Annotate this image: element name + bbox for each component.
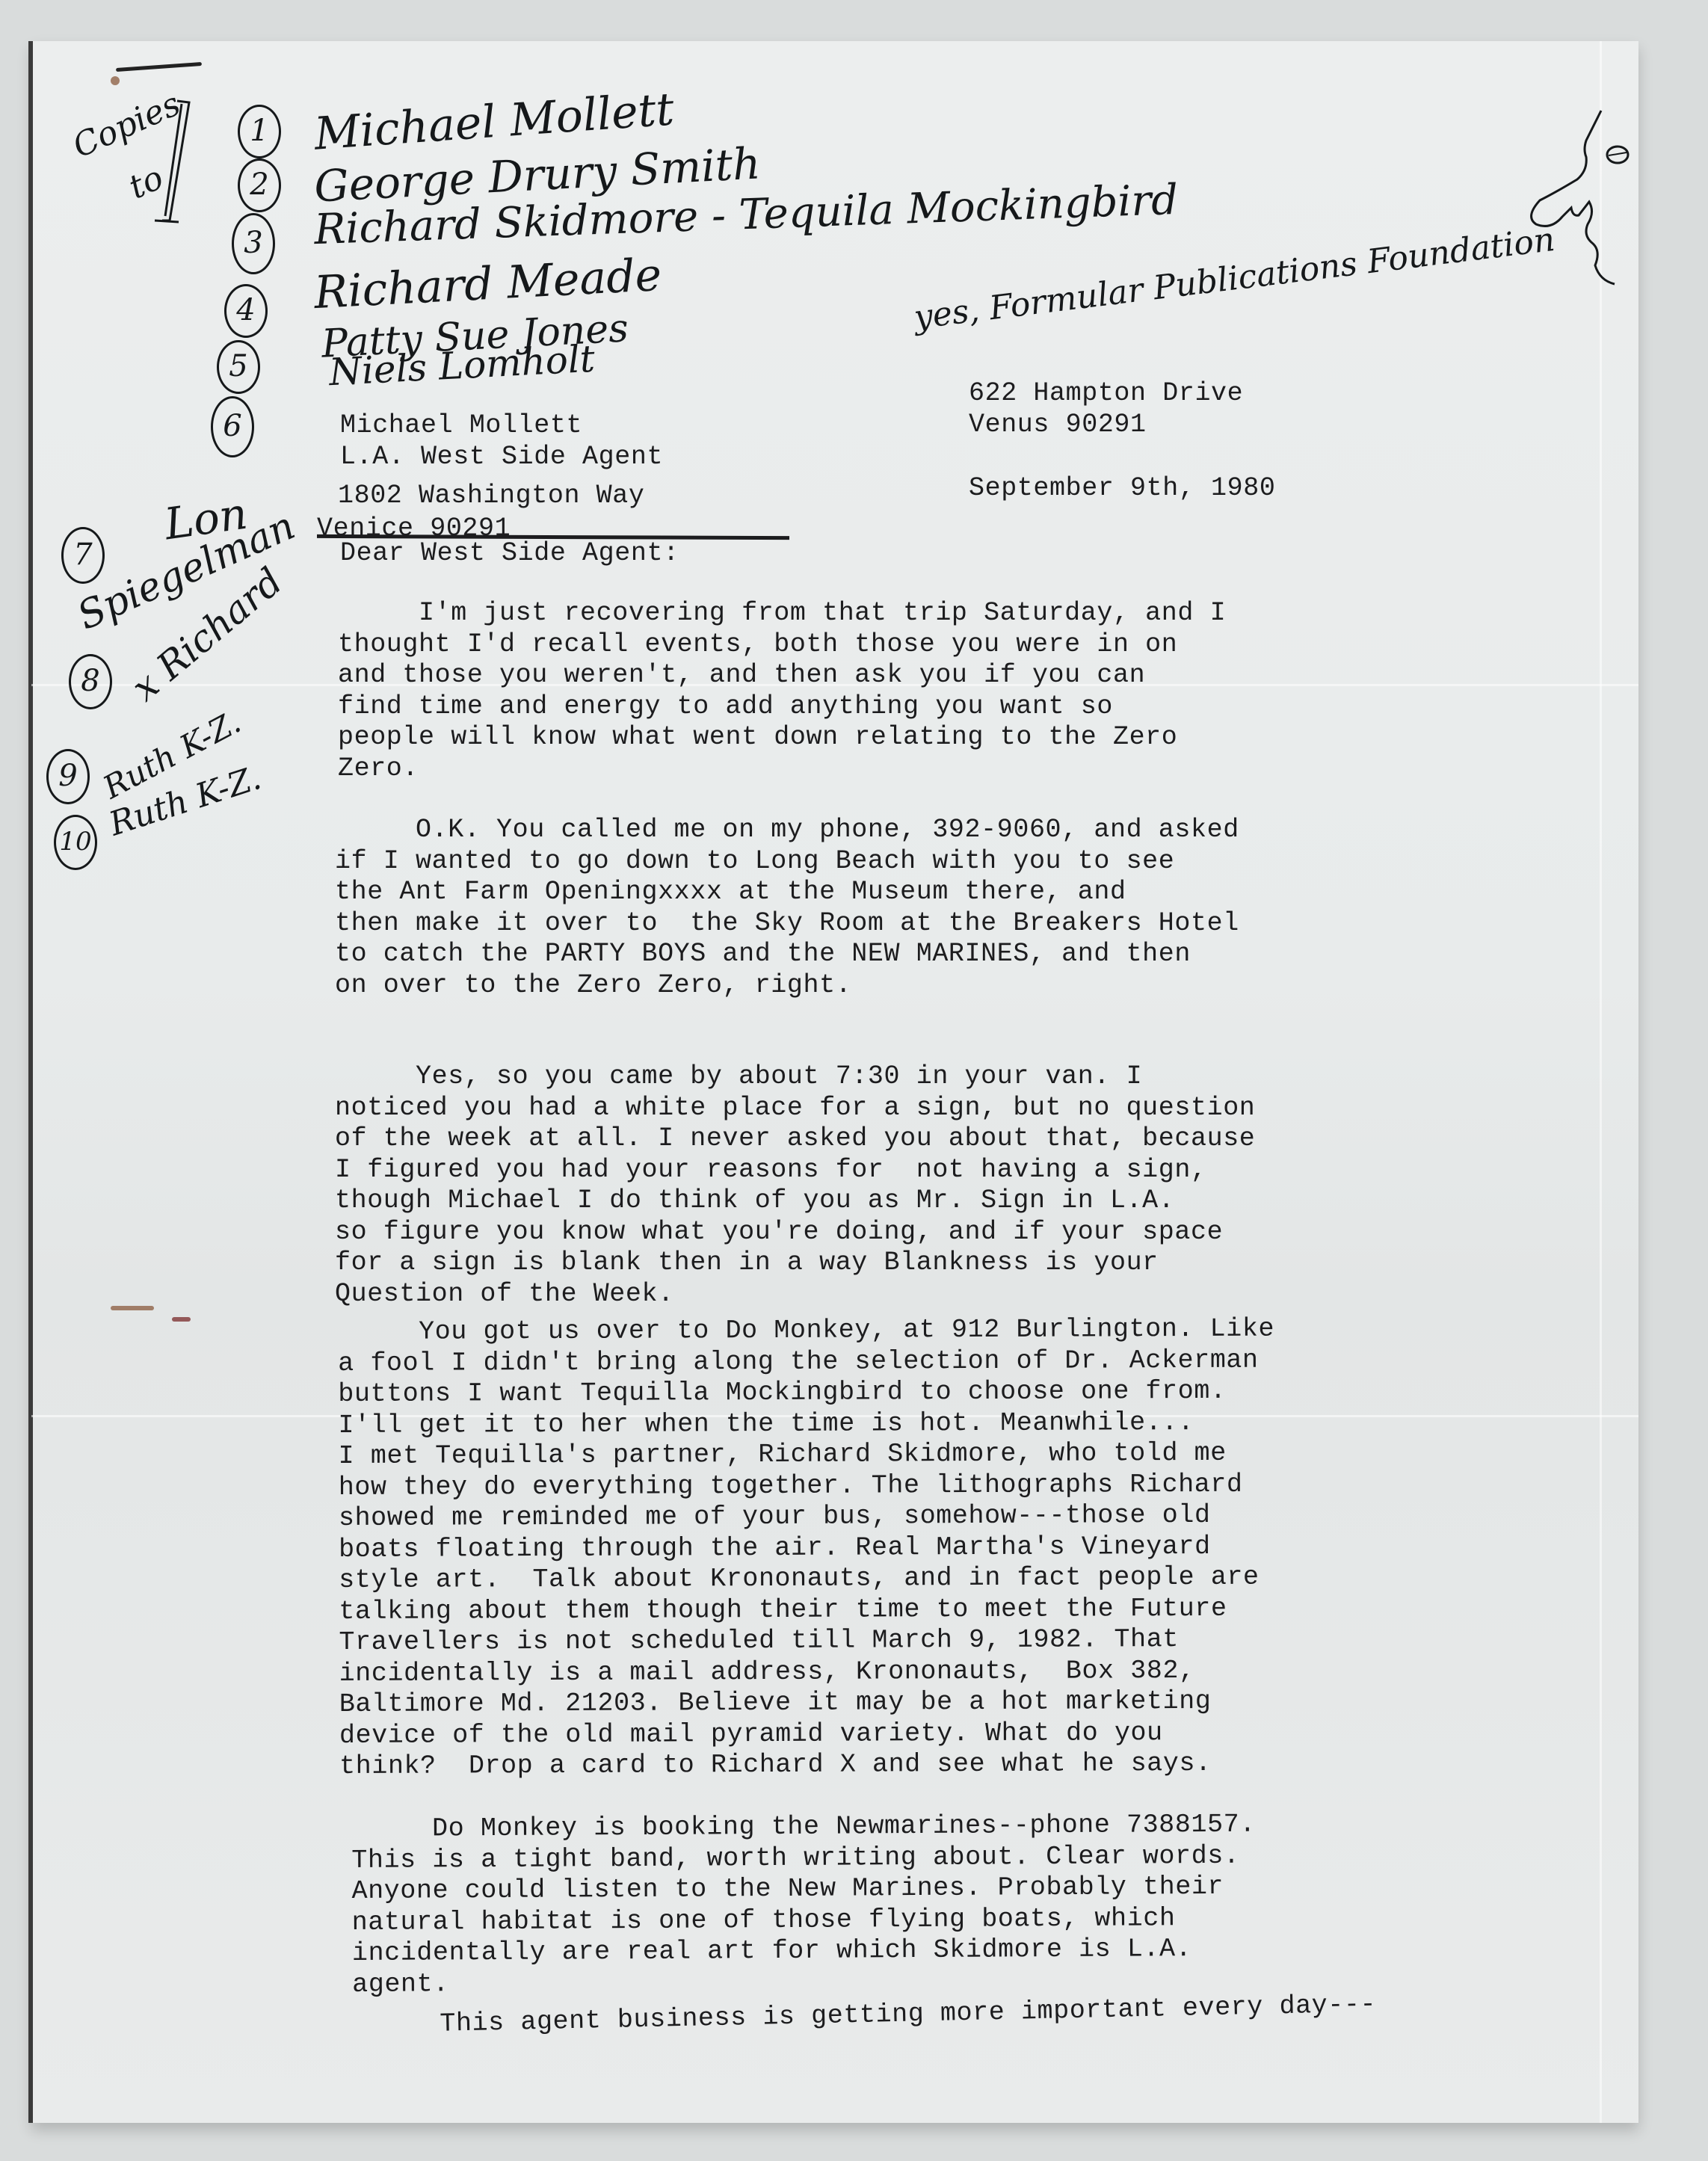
- paragraph-line: talking about them though their time to …: [339, 1593, 1275, 1627]
- paragraph-line: a fool I didn't bring along the selectio…: [338, 1345, 1274, 1379]
- copy-number-9: 9: [46, 749, 90, 804]
- copy-number-3: 3: [232, 213, 275, 274]
- paper-edge-highlight: [1600, 41, 1602, 2123]
- paragraph-line: on over to the Zero Zero, right.: [335, 970, 1239, 1002]
- copy-number-2: 2: [238, 158, 281, 212]
- paragraph-line: thought I'd recall events, both those yo…: [338, 629, 1226, 661]
- paragraph-line: Baltimore Md. 21203. Believe it may be a…: [339, 1686, 1276, 1721]
- paragraph-line: This is a tight band, worth writing abou…: [351, 1840, 1256, 1876]
- paragraph-line: so figure you know what you're doing, an…: [335, 1217, 1255, 1248]
- paragraph-line: think? Drop a card to Richard X and see …: [339, 1748, 1276, 1783]
- copy-number-4: 4: [224, 284, 268, 338]
- sender-address-line2: Venus 90291: [969, 410, 1147, 441]
- letter-date: September 9th, 1980: [969, 473, 1275, 505]
- paragraph-line: I figured you had your reasons for not h…: [335, 1155, 1255, 1186]
- copy-number-7: 7: [61, 527, 105, 584]
- copy-number-1: 1: [238, 105, 281, 158]
- copy-number-10: 10: [54, 815, 97, 870]
- paragraph-line: I met Tequilla's partner, Richard Skidmo…: [339, 1438, 1275, 1473]
- paragraph-line: and those you weren't, and then ask you …: [338, 660, 1226, 691]
- recipient-name: Michael Mollett: [340, 410, 582, 442]
- paragraph-line: of the week at all. I never asked you ab…: [335, 1123, 1255, 1155]
- paragraph-line: incidentally is a mail address, Krononau…: [339, 1655, 1276, 1689]
- paragraph-line: You got us over to Do Monkey, at 912 Bur…: [338, 1314, 1274, 1348]
- paragraph-line: the Ant Farm Openingxxxx at the Museum t…: [335, 877, 1239, 908]
- paragraph-line: noticed you had a white place for a sign…: [335, 1093, 1255, 1124]
- paragraph-line: I'm just recovering from that trip Satur…: [338, 598, 1226, 629]
- letter-paragraph: I'm just recovering from that trip Satur…: [338, 598, 1226, 784]
- paragraph-line: O.K. You called me on my phone, 392-9060…: [335, 815, 1239, 846]
- paragraph-line: Anyone could listen to the New Marines. …: [351, 1872, 1256, 1908]
- copy-number-6: 6: [211, 396, 254, 457]
- letter-paragraph: You got us over to Do Monkey, at 912 Bur…: [338, 1314, 1276, 1783]
- paragraph-line: then make it over to the Sky Room at the…: [335, 908, 1239, 940]
- paragraph-line: how they do everything together. The lit…: [339, 1469, 1275, 1503]
- paragraph-line: Do Monkey is booking the Newmarines--pho…: [351, 1810, 1256, 1846]
- paragraph-line: buttons I want Tequilla Mockingbird to c…: [338, 1376, 1274, 1411]
- paragraph-line: natural habitat is one of those flying b…: [352, 1902, 1257, 1938]
- letter-paragraph: O.K. You called me on my phone, 392-9060…: [335, 815, 1239, 1001]
- paragraph-line: Travellers is not scheduled till March 9…: [339, 1624, 1275, 1659]
- salutation: Dear West Side Agent:: [340, 538, 679, 570]
- paragraph-line: people will know what went down relating…: [338, 722, 1226, 753]
- sketch-drawing-icon: [1517, 105, 1652, 299]
- paragraph-line: for a sign is blank then in a way Blankn…: [335, 1248, 1255, 1279]
- paragraph-line: style art. Talk about Krononauts, and in…: [339, 1562, 1275, 1597]
- paragraph-line: to catch the PARTY BOYS and the NEW MARI…: [335, 939, 1239, 970]
- letter-paragraph: Yes, so you came by about 7:30 in your v…: [335, 1061, 1255, 1310]
- paragraph-line: I'll get it to her when the time is hot.…: [338, 1407, 1274, 1441]
- paragraph-line: Yes, so you came by about 7:30 in your v…: [335, 1061, 1255, 1093]
- bracket-mark-icon: [146, 93, 206, 228]
- stain-mark: [111, 76, 120, 85]
- recipient-street: 1802 Washington Way: [338, 481, 644, 512]
- copy-number-5: 5: [217, 340, 260, 394]
- copy-number-8: 8: [69, 654, 112, 709]
- sender-address-line1: 622 Hampton Drive: [969, 378, 1243, 410]
- paragraph-line: showed me reminded me of your bus, someh…: [339, 1500, 1275, 1535]
- paragraph-line: though Michael I do think of you as Mr. …: [335, 1186, 1255, 1217]
- paragraph-line: find time and energy to add anything you…: [338, 691, 1226, 723]
- stain-mark: [172, 1317, 191, 1322]
- paragraph-line: device of the old mail pyramid variety. …: [339, 1717, 1276, 1751]
- paragraph-line: Question of the Week.: [335, 1279, 1255, 1310]
- paragraph-line: incidentally are real art for which Skid…: [352, 1934, 1257, 1970]
- paragraph-line: boats floating through the air. Real Mar…: [339, 1531, 1275, 1565]
- paragraph-line: if I wanted to go down to Long Beach wit…: [335, 846, 1239, 878]
- stain-mark: [111, 1306, 154, 1310]
- paragraph-line: Zero.: [338, 753, 1226, 785]
- letter-paragraph: Do Monkey is booking the Newmarines--pho…: [351, 1810, 1257, 2000]
- recipient-title: L.A. West Side Agent: [340, 442, 663, 473]
